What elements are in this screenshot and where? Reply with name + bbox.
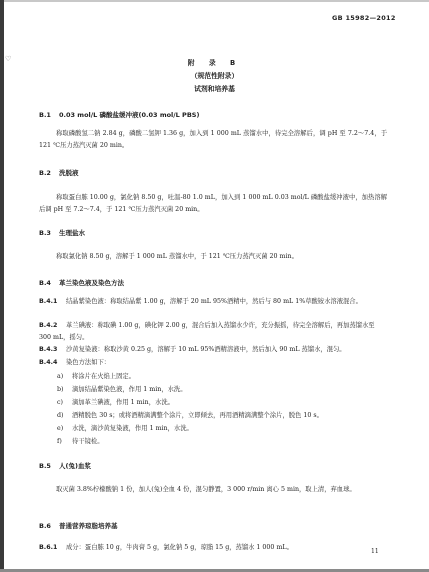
list-label: c) xyxy=(57,399,72,406)
section-number: B.2 xyxy=(39,169,59,177)
subsection-text: 染色方法如下： xyxy=(66,359,110,366)
subsection-text: 沙黄复染液：称取沙黄 0.25 g，溶解于 10 mL 95%酒精溶液中，然后加… xyxy=(66,346,346,353)
list-text: 将涂片在火焰上固定。 xyxy=(72,373,135,380)
subsection-number: B.4.4 xyxy=(39,357,66,369)
section-number: B.4 xyxy=(39,279,59,287)
section-title: 普通营养琼脂培养基 xyxy=(59,522,118,530)
subsection-number: B.6.1 xyxy=(39,542,66,554)
subsection-text: 成分：蛋白胨 10 g，牛肉膏 5 g，氯化钠 5 g，琼脂 15 g，蒸馏水 … xyxy=(66,544,293,551)
section-heading-b6: B.6普通营养琼脂培养基 xyxy=(39,521,118,530)
section-number: B.6 xyxy=(39,522,59,530)
subsection-b4-1: B.4.1结晶紫染色液：称取结晶紫 1.00 g，溶解于 20 mL 95%酒精… xyxy=(39,296,387,308)
section-heading-b3: B.3生理盐水 xyxy=(39,228,85,237)
section-body-b2: 称取蛋白胨 10.00 g，氯化钠 8.50 g，吐温-80 1.0 mL，加入… xyxy=(39,192,387,216)
list-label: f) xyxy=(57,438,72,445)
list-text: 水洗，滴沙黄复染液，作用 1 min，水洗。 xyxy=(72,425,193,432)
section-body-b1: 称取磷酸氢二钠 2.84 g，磷酸二氢钾 1.36 g，加入到 1 000 mL… xyxy=(39,128,387,152)
section-body-b5: 取灭菌 3.8%柠檬酸钠 1 份，加人(兔)全血 4 份，混匀静置，3 000 … xyxy=(39,484,387,496)
list-item: f)待干镜检。 xyxy=(57,436,103,445)
section-number: B.1 xyxy=(39,111,59,119)
section-title: 0.03 mol/L 磷酸盐缓冲液(0.03 mol/L PBS) xyxy=(59,111,199,119)
subsection-b6-1: B.6.1成分：蛋白胨 10 g，牛肉膏 5 g，氯化钠 5 g，琼脂 15 g… xyxy=(39,542,387,554)
list-text: 滴加结晶紫染色液，作用 1 min，水洗。 xyxy=(72,386,187,393)
subsection-b4-4: B.4.4染色方法如下： xyxy=(39,357,387,369)
section-title: 人(兔)血浆 xyxy=(59,462,91,470)
subsection-text: 结晶紫染色液：称取结晶紫 1.00 g，溶解于 20 mL 95%酒精中，然后与… xyxy=(66,298,362,305)
section-body-b3: 称取氯化钠 8.50 g，溶解于 1 000 mL 蒸馏水中，于 121 ℃压力… xyxy=(39,251,387,263)
appendix-subtitle: （规范性附录） xyxy=(0,70,429,80)
list-text: 酒精脱色 30 s；或将酒精滴满整个涂片，立即倾去，再用酒精滴满整个涂片，脱色 … xyxy=(72,412,323,419)
list-item: a)将涂片在火焰上固定。 xyxy=(57,371,135,380)
list-label: a) xyxy=(57,373,72,380)
standard-number: GB 15982—2012 xyxy=(332,14,396,22)
subsection-text: 革兰碘液：称取碘 1.00 g，碘化钾 2.00 g，混合后加入蒸馏水少许，充分… xyxy=(39,322,375,341)
appendix-title: 附 录 B xyxy=(0,57,429,67)
list-label: d) xyxy=(57,412,72,419)
subsection-b4-3: B.4.3沙黄复染液：称取沙黄 0.25 g，溶解于 10 mL 95%酒精溶液… xyxy=(39,344,387,356)
section-number: B.3 xyxy=(39,229,59,237)
section-title: 生理盐水 xyxy=(59,229,85,237)
subsection-b4-2: B.4.2革兰碘液：称取碘 1.00 g，碘化钾 2.00 g，混合后加入蒸馏水… xyxy=(39,320,387,344)
list-label: b) xyxy=(57,386,72,393)
subsection-number: B.4.2 xyxy=(39,320,66,332)
section-heading-b4: B.4革兰染色液及染色方法 xyxy=(39,278,124,287)
subsection-number: B.4.1 xyxy=(39,296,66,308)
list-item: d)酒精脱色 30 s；或将酒精滴满整个涂片，立即倾去，再用酒精滴满整个涂片，脱… xyxy=(57,410,323,419)
section-heading-b5: B.5人(兔)血浆 xyxy=(39,461,91,470)
section-heading-b2: B.2洗脱液 xyxy=(39,168,79,177)
appendix-name: 试剂和培养基 xyxy=(0,83,429,93)
list-label: e) xyxy=(57,425,72,432)
page-top-border xyxy=(4,0,429,2)
section-number: B.5 xyxy=(39,462,59,470)
section-title: 洗脱液 xyxy=(59,169,79,177)
page-number: 11 xyxy=(371,548,379,555)
list-item: e)水洗，滴沙黄复染液，作用 1 min，水洗。 xyxy=(57,423,193,432)
section-title: 革兰染色液及染色方法 xyxy=(59,279,124,287)
list-text: 待干镜检。 xyxy=(72,438,103,445)
list-item: b)滴加结晶紫染色液，作用 1 min，水洗。 xyxy=(57,384,187,393)
list-text: 滴加革兰碘液，作用 1 min，水洗。 xyxy=(72,399,174,406)
subsection-number: B.4.3 xyxy=(39,344,66,356)
section-heading-b1: B.10.03 mol/L 磷酸盐缓冲液(0.03 mol/L PBS) xyxy=(39,110,199,119)
list-item: c)滴加革兰碘液，作用 1 min，水洗。 xyxy=(57,397,174,406)
